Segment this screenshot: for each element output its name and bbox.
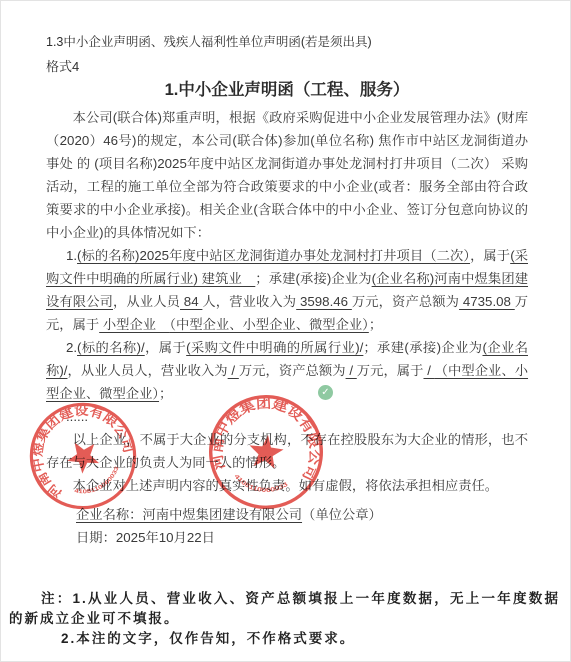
text-segment: ；: [369, 317, 382, 332]
text-segment: （单位公章）: [302, 507, 382, 522]
text-segment: ，属于: [470, 248, 510, 263]
filled-blank: 84: [180, 294, 202, 309]
text-segment: ；: [159, 386, 172, 401]
text-segment: 万元，资产总额为: [239, 363, 346, 378]
note-line: 2.本注的文字，仅作告知，不作格式要求。: [9, 629, 560, 649]
filled-blank: 3598.46: [296, 294, 352, 309]
compliance-statement: 以上企业，不属于大企业的分支机构，不存在控股股东为大企业的情形，也不存在与大企业…: [46, 428, 528, 474]
declaration-intro: 本公司(联合体)郑重声明，根据《政府采购促进中小企业发展管理办法》(财库（202…: [46, 106, 528, 244]
responsibility-statement: 本企业对上述声明内容的真实性负责。如有虚假，将依法承担相应责任。: [46, 474, 528, 497]
filled-blank: 4735.08: [459, 294, 515, 309]
format-label: 格式4: [46, 59, 528, 75]
filled-blank: (采购文件中明确的所属行业)/: [186, 340, 363, 355]
document-title: 1.中小企业声明函（工程、服务）: [46, 80, 528, 101]
text-segment: 本公司(联合体)郑重声明，根据《政府采购促进中小企业发展管理办法》(财库（202…: [46, 110, 528, 240]
signature-block: 企业名称：河南中煜集团建设有限公司（单位公章） 日期：2025年10月22日: [76, 503, 528, 549]
notes-block: 注：1.从业人员、营业收入、资产总额填报上一年度数据，无上一年度数据的新成立企业…: [9, 589, 560, 649]
text-segment: ；承建(承接)企业为: [363, 340, 482, 355]
text-segment: 万元，资产总额为: [352, 294, 459, 309]
filled-blank: (标的名称)2025年度中站区龙洞街道办事处龙洞村打井项目（二次）: [77, 248, 470, 263]
filled-blank: (标的名称)/: [77, 340, 145, 355]
filled-blank: 企业名称：河南中煜集团建设有限公司: [76, 507, 302, 522]
text-segment: 人，营业收入为: [202, 294, 296, 309]
text-segment: 1.: [66, 248, 77, 263]
filled-blank: /: [423, 363, 434, 378]
signature-company-line: 企业名称：河南中煜集团建设有限公司（单位公章）: [76, 503, 528, 526]
note-line: 注：1.从业人员、营业收入、资产总额填报上一年度数据，无上一年度数据的新成立企业…: [9, 589, 560, 629]
document-body: 本公司(联合体)郑重声明，根据《政府采购促进中小企业发展管理办法》(财库（202…: [46, 106, 528, 497]
document-page: 1.3中小企业声明函、残疾人福利性单位声明函(若是须出具) 格式4 1.中小企业…: [0, 0, 571, 662]
text-segment: ......: [66, 409, 88, 424]
ellipsis-line: ......: [46, 405, 528, 428]
text-segment: ，从业人员: [113, 294, 180, 309]
filled-blank: （中型企业、小型企业、微型企业）: [169, 317, 368, 332]
item-1: 1.(标的名称)2025年度中站区龙洞街道办事处龙洞村打井项目（二次），属于(采…: [46, 244, 528, 336]
signature-date-line: 日期：2025年10月22日: [76, 526, 528, 549]
verified-check-icon: ✓: [318, 385, 333, 400]
item-2: 2.(标的名称)/，属于(采购文件中明确的所属行业)/；承建(承接)企业为(企业…: [46, 336, 528, 405]
text-segment: 万元，属于: [357, 363, 424, 378]
filled-blank: /: [346, 363, 357, 378]
text-segment: 2.: [66, 340, 77, 355]
section-heading: 1.3中小企业声明函、残疾人福利性单位声明函(若是须出具): [46, 35, 528, 50]
text-segment: 本企业对上述声明内容的真实性负责。如有虚假，将依法承担相应责任。: [73, 478, 499, 493]
text-segment: 以上企业，不属于大企业的分支机构，不存在控股股东为大企业的情形，也不存在与大企业…: [46, 432, 528, 470]
filled-blank: 小型企业: [99, 317, 169, 332]
text-segment: ，从业人员人，营业收入为: [67, 363, 227, 378]
filled-blank: /: [228, 363, 239, 378]
text-segment: ，属于: [145, 340, 186, 355]
text-segment: ；承建(承接)企业为: [255, 271, 371, 286]
